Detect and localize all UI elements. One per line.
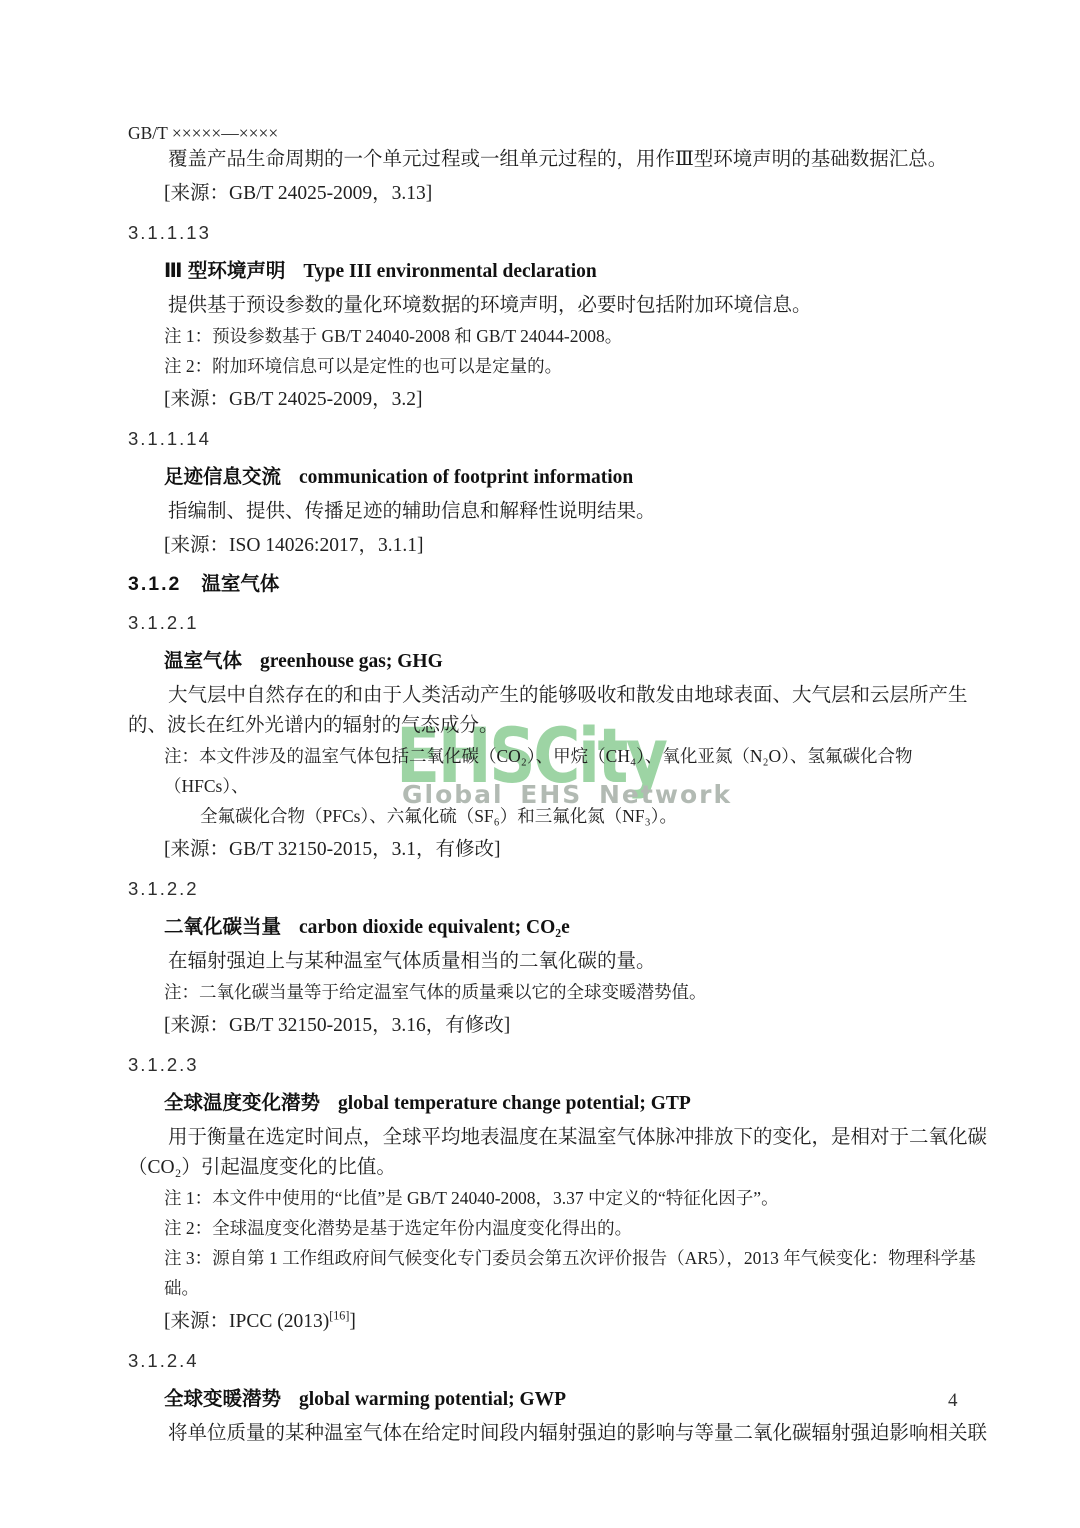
term-zh: 全球变暖潜势	[164, 1388, 281, 1410]
source-line: [来源：IPCC (2013)[16]]	[164, 1307, 996, 1337]
document-body: 覆盖产品生命周期的一个单元过程或一组单元过程的，用作Ⅲ型环境声明的基础数据汇总。…	[128, 145, 996, 1449]
clause-heading: 3.1.2温室气体	[128, 569, 996, 599]
section-number: 3.1.2.3	[128, 1050, 996, 1080]
term-en: global temperature change potential; GTP	[338, 1093, 691, 1114]
source-text: [来源：IPCC (2013)	[164, 1311, 329, 1332]
note-line: 注：本文件涉及的温室气体包括二氧化碳（CO₂）、甲烷（CH₄）、氧化亚氮（N₂O…	[164, 741, 996, 801]
source-line: [来源：GB/T 32150-2015，3.1，有修改]	[164, 835, 996, 865]
section-number: 3.1.1.14	[128, 424, 996, 454]
section-number: 3.1.1.13	[128, 218, 996, 248]
term-en: Type III environmental declaration	[303, 261, 596, 282]
page-number: 4	[948, 1390, 958, 1412]
note-line: 注 1：本文件中使用的“比值”是 GB/T 24040-2008，3.37 中定…	[164, 1183, 996, 1213]
citation-superscript: [16]	[329, 1309, 349, 1323]
note-line: 注 3：源自第 1 工作组政府间气候变化专门委员会第五次评价报告（AR5），20…	[164, 1243, 996, 1303]
term-heading: Ⅲ 型环境声明 Type III environmental declarati…	[164, 256, 996, 288]
term-zh: 二氧化碳当量	[164, 916, 281, 938]
definition-paragraph: 将单位质量的某种温室气体在给定时间段内辐射强迫的影响与等量二氧化碳辐射强迫影响相…	[128, 1419, 996, 1449]
term-en: global warming potential; GWP	[299, 1389, 566, 1410]
definition-paragraph: 大气层中自然存在的和由于人类活动产生的能够吸收和散发由地球表面、大气层和云层所产…	[128, 681, 996, 741]
section-number: 3.1.2.1	[128, 608, 996, 638]
source-line: [来源：GB/T 24025-2009，3.13]	[164, 179, 996, 209]
definition-paragraph: 提供基于预设参数的量化环境数据的环境声明，必要时包括附加环境信息。	[128, 291, 996, 321]
term-zh: 全球温度变化潜势	[164, 1092, 320, 1114]
source-text: ]	[349, 1311, 356, 1332]
source-line: [来源：ISO 14026:2017，3.1.1]	[164, 531, 996, 561]
term-zh: Ⅲ 型环境声明	[164, 260, 285, 282]
term-zh: 温室气体	[164, 650, 242, 672]
term-zh: 足迹信息交流	[164, 466, 281, 488]
note-line: 注 2：全球温度变化潜势是基于选定年份内温度变化得出的。	[164, 1213, 996, 1243]
note-line: 注：二氧化碳当量等于给定温室气体的质量乘以它的全球变暖潜势值。	[164, 977, 996, 1007]
section-number: 3.1.2.2	[128, 874, 996, 904]
term-heading: 足迹信息交流 communication of footprint inform…	[164, 462, 996, 494]
section-number: 3.1.2.4	[128, 1346, 996, 1376]
term-heading: 二氧化碳当量 carbon dioxide equivalent; CO₂e	[164, 912, 996, 944]
term-en: carbon dioxide equivalent; CO₂e	[299, 917, 570, 938]
term-heading: 全球温度变化潜势 global temperature change poten…	[164, 1088, 996, 1120]
doc-header: GB/T ×××××—××××	[128, 122, 278, 144]
definition-paragraph: 在辐射强迫上与某种温室气体质量相当的二氧化碳的量。	[128, 947, 996, 977]
note-line: 注 1：预设参数基于 GB/T 24040-2008 和 GB/T 24044-…	[164, 321, 996, 351]
document-page: EHSCity Global EHS Network GB/T ×××××—××…	[0, 0, 1080, 1528]
definition-paragraph: 用于衡量在选定时间点，全球平均地表温度在某温室气体脉冲排放下的变化，是相对于二氧…	[128, 1123, 996, 1183]
intro-paragraph: 覆盖产品生命周期的一个单元过程或一组单元过程的，用作Ⅲ型环境声明的基础数据汇总。	[128, 145, 996, 175]
definition-paragraph: 指编制、提供、传播足迹的辅助信息和解释性说明结果。	[128, 497, 996, 527]
source-line: [来源：GB/T 32150-2015，3.16，有修改]	[164, 1011, 996, 1041]
note-line: 注 2：附加环境信息可以是定性的也可以是定量的。	[164, 351, 996, 381]
term-en: communication of footprint information	[299, 467, 633, 488]
term-heading: 全球变暖潜势 global warming potential; GWP	[164, 1384, 996, 1416]
clause-title: 温室气体	[201, 573, 279, 595]
term-en: greenhouse gas; GHG	[260, 651, 443, 672]
term-heading: 温室气体 greenhouse gas; GHG	[164, 646, 996, 678]
note-line-continuation: 全氟碳化合物（PFCs）、六氟化硫（SF₆）和三氟化氮（NF₃）。	[200, 801, 996, 831]
source-line: [来源：GB/T 24025-2009，3.2]	[164, 385, 996, 415]
clause-number: 3.1.2	[128, 573, 181, 595]
